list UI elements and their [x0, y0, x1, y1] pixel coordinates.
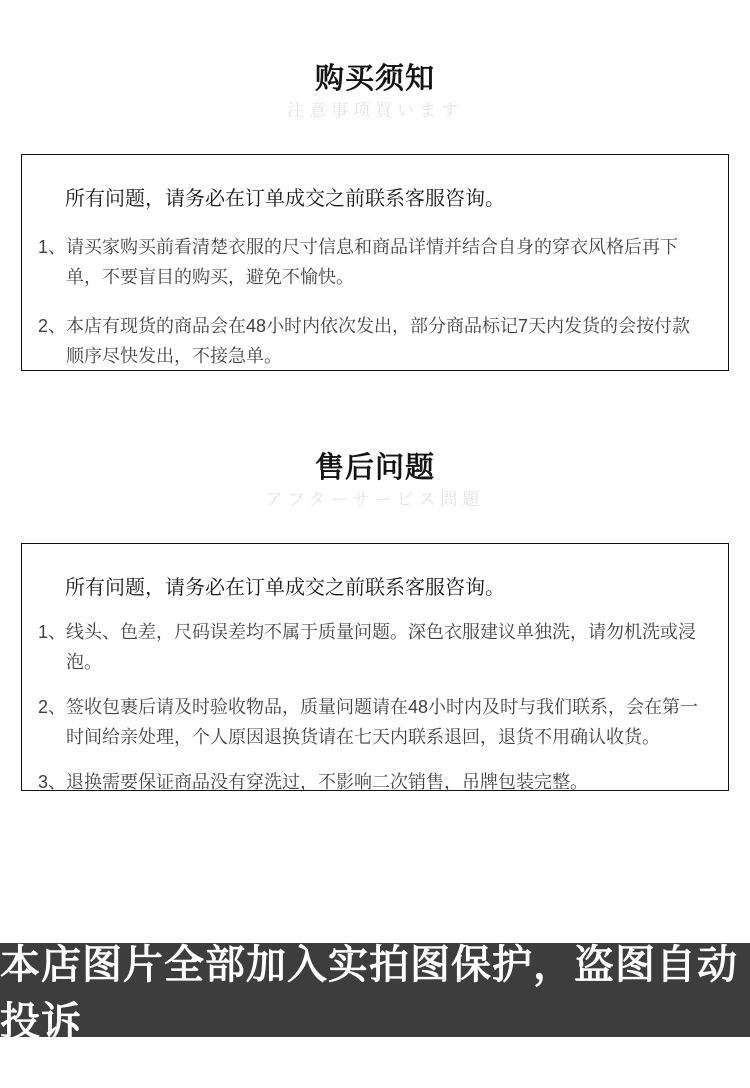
purchase-item-1-text: 请买家购买前看清楚衣服的尺寸信息和商品详情并结合自身的穿衣风格后再下单，不要盲目… [66, 232, 710, 292]
purchase-item-1-number: 1、 [38, 232, 66, 292]
product-notice-page: 购买须知 注意事项買います 所有问题，请务必在订单成交之前联系客服咨询。 1、 … [0, 0, 750, 1088]
purchase-item-2-number: 2、 [38, 311, 66, 371]
purchase-item-2-text: 本店有现货的商品会在48小时内依次发出，部分商品标记7天内发货的会按付款顺序尽快… [66, 311, 710, 371]
purchase-title: 购买须知 [0, 64, 750, 96]
aftersale-item-1: 1、 线头、色差，尺码误差均不属于质量问题。深色衣服建议单独洗，请勿机洗或浸泡。 [38, 617, 710, 677]
aftersale-box-header: 所有问题，请务必在订单成交之前联系客服咨询。 [65, 574, 710, 602]
aftersale-item-1-text: 线头、色差，尺码误差均不属于质量问题。深色衣服建议单独洗，请勿机洗或浸泡。 [66, 617, 710, 677]
aftersale-subtitle: アフターサービス問題 [0, 489, 750, 511]
aftersale-item-3-text: 退换需要保证商品没有穿洗过，不影响二次销售，吊牌包装完整。 [66, 767, 710, 797]
aftersale-title: 售后问题 [0, 453, 750, 485]
aftersale-title-block: 售后问题 アフターサービス問題 [0, 371, 750, 511]
purchase-box-header: 所有问题，请务必在订单成交之前联系客服咨询。 [65, 185, 710, 213]
aftersale-item-2: 2、 签收包裹后请及时验收物品，质量问题请在48小时内及时与我们联系，会在第一时… [38, 692, 710, 752]
purchase-subtitle: 注意事项買います [0, 100, 750, 122]
aftersale-item-3-number: 3、 [38, 767, 66, 797]
aftersale-item-2-text: 签收包裹后请及时验收物品，质量问题请在48小时内及时与我们联系，会在第一时间给亲… [66, 692, 710, 752]
anti-theft-banner: 本店图片全部加入实拍图保护，盗图自动投诉 [0, 943, 750, 1037]
purchase-notice-box: 所有问题，请务必在订单成交之前联系客服咨询。 1、 请买家购买前看清楚衣服的尺寸… [21, 154, 729, 371]
anti-theft-banner-text: 本店图片全部加入实拍图保护，盗图自动投诉 [0, 933, 750, 1047]
aftersale-item-1-number: 1、 [38, 617, 66, 677]
purchase-title-block: 购买须知 注意事项買います [0, 0, 750, 122]
aftersale-item-3: 3、 退换需要保证商品没有穿洗过，不影响二次销售，吊牌包装完整。 [38, 767, 710, 797]
purchase-item-2: 2、 本店有现货的商品会在48小时内依次发出，部分商品标记7天内发货的会按付款顺… [38, 311, 710, 371]
purchase-item-1: 1、 请买家购买前看清楚衣服的尺寸信息和商品详情并结合自身的穿衣风格后再下单，不… [38, 232, 710, 292]
aftersale-notice-box: 所有问题，请务必在订单成交之前联系客服咨询。 1、 线头、色差，尺码误差均不属于… [21, 543, 729, 791]
aftersale-item-2-number: 2、 [38, 692, 66, 752]
